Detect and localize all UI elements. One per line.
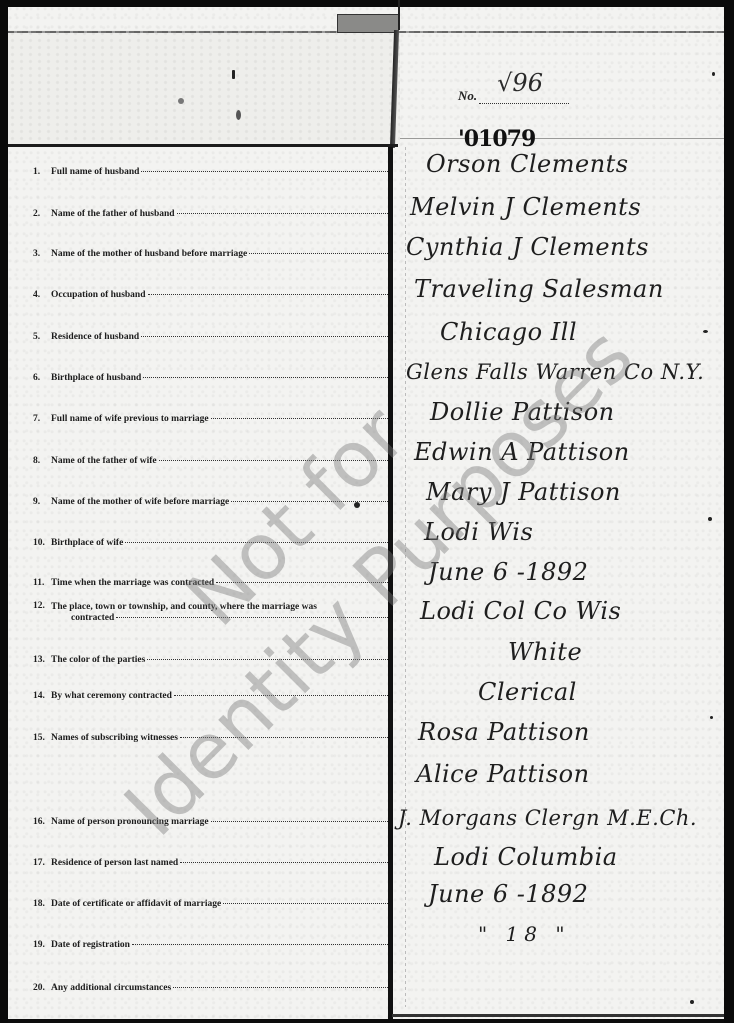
value-marriage-date: June 6 -1892 xyxy=(428,558,588,586)
field-label: Birthplace of husband xyxy=(51,373,141,383)
value-ceremony: Clerical xyxy=(478,678,577,706)
field-label-continuation: contracted xyxy=(33,613,388,623)
field-label: Residence of husband xyxy=(51,332,139,342)
value-registration-date: " 18 " xyxy=(478,922,571,946)
field-label: Time when the marriage was contracted xyxy=(51,578,214,588)
leader-dots xyxy=(211,417,388,419)
field-number: 10. xyxy=(33,538,51,548)
value-wife-birthplace: Lodi Wis xyxy=(424,518,533,546)
field-number: 4. xyxy=(33,290,51,300)
field-label: Birthplace of wife xyxy=(51,538,123,548)
field-label-row: 16. Name of person pronouncing marriage xyxy=(33,817,388,827)
leader-dots xyxy=(132,943,388,945)
field-label: Occupation of husband xyxy=(51,290,146,300)
leader-dots xyxy=(116,616,388,618)
value-officiant: J. Morgans Clergn M.E.Ch. xyxy=(398,806,697,830)
field-label: Full name of wife previous to marriage xyxy=(51,414,209,424)
record-number-label: No. xyxy=(458,88,477,103)
leader-dots xyxy=(143,376,388,378)
field-number: 13. xyxy=(33,655,51,665)
top-divider xyxy=(398,0,400,30)
field-label-row: 6. Birthplace of husband xyxy=(33,373,388,383)
record-number-field: No.√96 xyxy=(458,88,569,104)
field-label-row: 5. Residence of husband xyxy=(33,332,388,342)
field-number: 20. xyxy=(33,983,51,993)
field-number: 18. xyxy=(33,899,51,909)
field-label: Name of the mother of wife before marria… xyxy=(51,497,229,507)
leader-dots xyxy=(216,581,388,583)
value-husband-residence: Chicago Ill xyxy=(440,318,577,346)
field-label-row: 12. The place, town or township, and cou… xyxy=(33,601,388,623)
field-label: Name of the mother of husband before mar… xyxy=(51,249,247,259)
value-wife-mother: Mary J Pattison xyxy=(426,478,621,506)
value-marriage-place: Lodi Col Co Wis xyxy=(420,597,621,625)
field-label: The color of the parties xyxy=(51,655,145,665)
field-label: contracted xyxy=(71,613,114,623)
record-number-value: √96 xyxy=(497,69,543,97)
field-label-row: 10. Birthplace of wife xyxy=(33,538,388,548)
field-number: 7. xyxy=(33,414,51,424)
leader-dots xyxy=(177,212,388,214)
leader-dots xyxy=(141,335,388,337)
value-husband-occupation: Traveling Salesman xyxy=(414,275,664,303)
field-label: Date of registration xyxy=(51,940,130,950)
leader-dots xyxy=(148,293,388,295)
leader-dots xyxy=(125,541,388,543)
field-number: 19. xyxy=(33,940,51,950)
leader-dots xyxy=(159,459,388,461)
field-label-row: 14. By what ceremony contracted xyxy=(33,691,388,701)
field-label: By what ceremony contracted xyxy=(51,691,172,701)
field-label: Name of the father of wife xyxy=(51,456,157,466)
value-husband-mother: Cynthia J Clements xyxy=(406,233,649,261)
leader-dots xyxy=(180,736,388,738)
leader-dots xyxy=(211,820,388,822)
field-label-row: 11. Time when the marriage was contracte… xyxy=(33,578,388,588)
leader-dots xyxy=(180,861,388,863)
leader-dots xyxy=(231,500,388,502)
field-label-row: 4. Occupation of husband xyxy=(33,290,388,300)
field-label-row: 13. The color of the parties xyxy=(33,655,388,665)
field-number: 9. xyxy=(33,497,51,507)
field-number: 11. xyxy=(33,578,51,588)
field-label-row: 19. Date of registration xyxy=(33,940,388,950)
field-label: The place, town or township, and county,… xyxy=(51,601,388,613)
field-label-row: 3. Name of the mother of husband before … xyxy=(33,249,388,259)
field-label-row: 2. Name of the father of husband xyxy=(33,209,388,219)
field-number: 3. xyxy=(33,249,51,259)
field-label-row: 8. Name of the father of wife xyxy=(33,456,388,466)
field-number: 8. xyxy=(33,456,51,466)
field-label-row: 9. Name of the mother of wife before mar… xyxy=(33,497,388,507)
leader-dots xyxy=(141,170,388,172)
field-number: 17. xyxy=(33,858,51,868)
field-label-row: 17. Residence of person last named xyxy=(33,858,388,868)
leader-dots xyxy=(147,658,388,660)
field-label: Full name of husband xyxy=(51,167,139,177)
value-officiant-residence: Lodi Columbia xyxy=(434,843,618,871)
bottom-rule xyxy=(392,1014,724,1017)
value-husband-name: Orson Clements xyxy=(426,150,629,178)
field-label-row: 7. Full name of wife previous to marriag… xyxy=(33,414,388,424)
value-wife-father: Edwin A Pattison xyxy=(414,438,630,466)
field-label: Date of certificate or affidavit of marr… xyxy=(51,899,221,909)
value-certificate-date: June 6 -1892 xyxy=(428,880,588,908)
field-label-row: 15. Names of subscribing witnesses xyxy=(33,733,388,743)
field-label-row: 20. Any additional circumstances xyxy=(33,983,388,993)
field-number: 16. xyxy=(33,817,51,827)
leader-dots xyxy=(249,252,388,254)
field-label: Name of person pronouncing marriage xyxy=(51,817,209,827)
leader-dots xyxy=(174,694,388,696)
value-husband-father: Melvin J Clements xyxy=(410,193,641,221)
field-number: 12. xyxy=(33,601,51,611)
field-number: 15. xyxy=(33,733,51,743)
value-color: White xyxy=(508,638,582,666)
value-witness-1: Rosa Pattison xyxy=(418,718,590,746)
field-number: 14. xyxy=(33,691,51,701)
field-number: 6. xyxy=(33,373,51,383)
field-number: 2. xyxy=(33,209,51,219)
right-header-rule xyxy=(400,138,724,139)
field-label: Any additional circumstances xyxy=(51,983,171,993)
value-witness-2: Alice Pattison xyxy=(416,760,590,788)
field-label: Residence of person last named xyxy=(51,858,178,868)
field-label-row: 18. Date of certificate or affidavit of … xyxy=(33,899,388,909)
value-husband-birthplace: Glens Falls Warren Co N.Y. xyxy=(406,360,704,384)
leader-dots xyxy=(223,902,388,904)
field-label: Name of the father of husband xyxy=(51,209,175,219)
field-label: Names of subscribing witnesses xyxy=(51,733,178,743)
margin-guide-line xyxy=(405,147,406,1007)
value-wife-name: Dollie Pattison xyxy=(430,398,615,426)
leader-dots xyxy=(173,986,388,988)
serial-number: '01079 xyxy=(458,126,535,152)
field-number: 1. xyxy=(33,167,51,177)
field-number: 5. xyxy=(33,332,51,342)
form-labels: 1. Full name of husband 2. Name of the f… xyxy=(0,0,392,1023)
scan-border-right xyxy=(724,0,734,1023)
field-label-row: 1. Full name of husband xyxy=(33,167,388,177)
